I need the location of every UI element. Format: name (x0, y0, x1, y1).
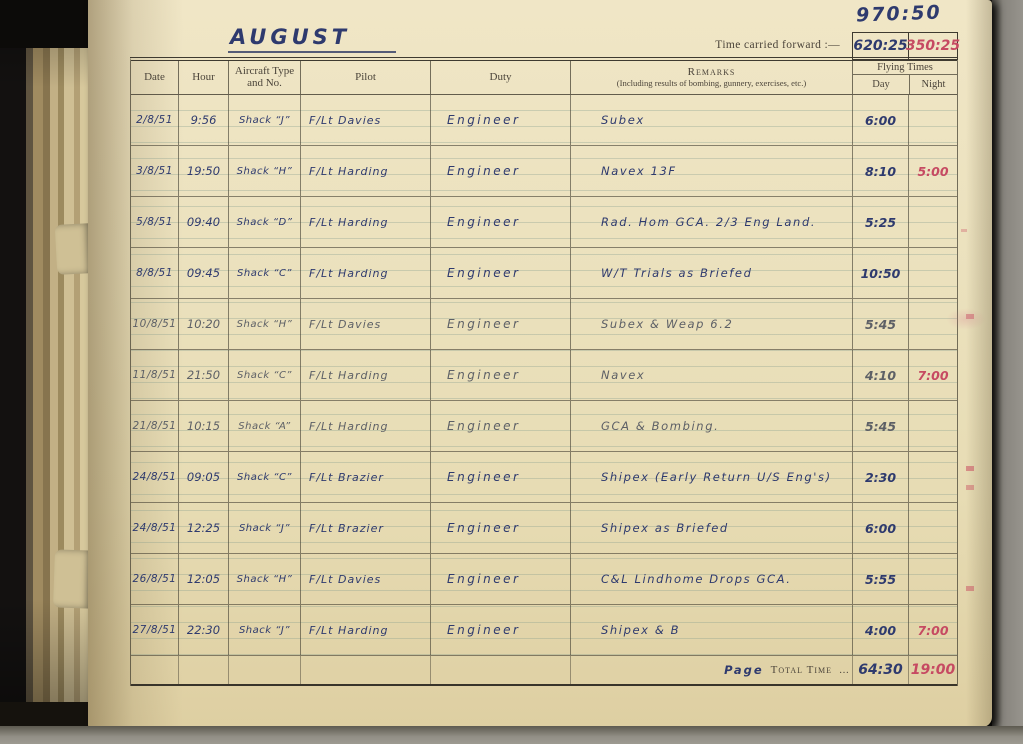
cell-remarks: Shipex (Early Return U/S Eng's) (571, 452, 853, 502)
cell-pilot: F/Lt Harding (301, 401, 431, 451)
total-label-cell: Page Total Time … (571, 656, 853, 684)
log-table: Date Hour Aircraft Type and No. Pilot Du… (130, 57, 958, 686)
total-spacer (431, 656, 571, 684)
total-time-label: Total Time (771, 664, 832, 676)
cell-date: 3/8/51 (131, 146, 179, 196)
cell-date: 26/8/51 (131, 554, 179, 604)
cell-hour: 12:25 (179, 503, 229, 553)
cell-aircraft: Shack “C” (229, 452, 301, 502)
cell-pilot: F/Lt Harding (301, 146, 431, 196)
log-row: 3/8/51 19:50 Shack “H” F/Lt Harding Engi… (131, 146, 957, 197)
cell-hour: 9:56 (179, 95, 229, 145)
cell-pilot: F/Lt Davies (301, 554, 431, 604)
cell-date: 8/8/51 (131, 248, 179, 298)
cell-remarks: Subex & Weap 6.2 (571, 299, 853, 349)
table-header-row: Date Hour Aircraft Type and No. Pilot Du… (131, 61, 957, 95)
total-spacer (301, 656, 431, 684)
header-remarks-subtitle: (Including results of bombing, gunnery, … (617, 79, 806, 88)
cell-day-time: 2:30 (853, 452, 909, 502)
cell-hour: 21:50 (179, 350, 229, 400)
cell-hour: 12:05 (179, 554, 229, 604)
scanned-logbook-photo: 970:50 Time carried forward :— 620:25 35… (0, 0, 1023, 744)
cell-day-time: 4:00 (853, 605, 909, 655)
cell-date: 27/8/51 (131, 605, 179, 655)
cell-pilot: F/Lt Harding (301, 248, 431, 298)
page-word-handwritten: Page (724, 663, 764, 677)
cell-duty: Engineer (431, 350, 571, 400)
cell-remarks: Subex (571, 95, 853, 145)
torn-page-tab (53, 549, 93, 608)
cell-night-time: 5:00 (909, 146, 957, 196)
cell-aircraft: Shack “H” (229, 554, 301, 604)
cell-duty: Engineer (431, 554, 571, 604)
cell-hour: 09:45 (179, 248, 229, 298)
header-remarks: Remarks (Including results of bombing, g… (571, 61, 853, 94)
cell-duty: Engineer (431, 503, 571, 553)
cell-pilot: F/Lt Harding (301, 197, 431, 247)
cell-pilot: F/Lt Brazier (301, 452, 431, 502)
cell-night-time (909, 503, 957, 553)
total-spacer (229, 656, 301, 684)
cell-date: 2/8/51 (131, 95, 179, 145)
header-night: Night (910, 75, 957, 94)
header-hour: Hour (179, 61, 229, 94)
carried-forward-day-value: 620:25 (853, 33, 909, 59)
cell-pilot: F/Lt Davies (301, 299, 431, 349)
log-row: 27/8/51 22:30 Shack “J” F/Lt Harding Eng… (131, 605, 957, 656)
carried-forward-box: 620:25 350:25 (852, 32, 958, 60)
cell-night-time: 7:00 (909, 605, 957, 655)
cell-remarks: GCA & Bombing. (571, 401, 853, 451)
cell-night-time (909, 401, 957, 451)
log-row: 5/8/51 09:40 Shack “D” F/Lt Harding Engi… (131, 197, 957, 248)
cell-aircraft: Shack “A” (229, 401, 301, 451)
header-aircraft: Aircraft Type and No. (229, 61, 301, 94)
cell-hour: 19:50 (179, 146, 229, 196)
ink-smudge (946, 308, 986, 330)
cell-night-time: 7:00 (909, 350, 957, 400)
cell-night-time (909, 95, 957, 145)
cell-date: 11/8/51 (131, 350, 179, 400)
cell-night-time (909, 554, 957, 604)
cell-aircraft: Shack “C” (229, 350, 301, 400)
cell-duty: Engineer (431, 248, 571, 298)
cell-hour: 22:30 (179, 605, 229, 655)
log-row: 11/8/51 21:50 Shack “C” F/Lt Harding Eng… (131, 350, 957, 401)
cell-night-time (909, 452, 957, 502)
cell-aircraft: Shack “J” (229, 605, 301, 655)
cell-pilot: F/Lt Harding (301, 605, 431, 655)
header-pilot: Pilot (301, 61, 431, 94)
grand-total-value: 970:50 (856, 2, 942, 27)
header-date: Date (131, 61, 179, 94)
cell-aircraft: Shack “C” (229, 248, 301, 298)
scanner-background-bottom (0, 726, 1023, 744)
month-title: AUGUST (230, 25, 350, 49)
cell-duty: Engineer (431, 452, 571, 502)
red-margin-marks (968, 0, 972, 1)
cell-remarks: Shipex & B (571, 605, 853, 655)
cell-pilot: F/Lt Brazier (301, 503, 431, 553)
log-row: 21/8/51 10:15 Shack “A” F/Lt Harding Eng… (131, 401, 957, 452)
month-underline (228, 51, 396, 53)
cell-date: 24/8/51 (131, 452, 179, 502)
cell-duty: Engineer (431, 197, 571, 247)
cell-duty: Engineer (431, 95, 571, 145)
total-day-value: 64:30 (853, 656, 909, 684)
cell-duty: Engineer (431, 605, 571, 655)
cell-day-time: 4:10 (853, 350, 909, 400)
cell-night-time (909, 248, 957, 298)
cell-duty: Engineer (431, 146, 571, 196)
cell-date: 10/8/51 (131, 299, 179, 349)
cell-day-time: 10:50 (853, 248, 909, 298)
cell-date: 5/8/51 (131, 197, 179, 247)
cell-duty: Engineer (431, 401, 571, 451)
cell-remarks: Navex 13F (571, 146, 853, 196)
log-row: 2/8/51 9:56 Shack “J” F/Lt Davies Engine… (131, 95, 957, 146)
cell-pilot: F/Lt Davies (301, 95, 431, 145)
cell-day-time: 5:45 (853, 401, 909, 451)
log-entries: 2/8/51 9:56 Shack “J” F/Lt Davies Engine… (131, 95, 957, 656)
carried-forward-label: Time carried forward :— (558, 39, 840, 51)
cell-hour: 10:20 (179, 299, 229, 349)
cell-aircraft: Shack “H” (229, 146, 301, 196)
cell-day-time: 6:00 (853, 95, 909, 145)
header-duty: Duty (431, 61, 571, 94)
leader-dots: … (839, 665, 849, 676)
header-day-night: Day Night (853, 75, 957, 94)
log-row: 10/8/51 10:20 Shack “H” F/Lt Davies Engi… (131, 299, 957, 350)
cell-remarks: W/T Trials as Briefed (571, 248, 853, 298)
scanner-background-right (992, 0, 1023, 744)
cell-day-time: 5:55 (853, 554, 909, 604)
log-row: 24/8/51 09:05 Shack “C” F/Lt Brazier Eng… (131, 452, 957, 503)
cell-aircraft: Shack “D” (229, 197, 301, 247)
cell-remarks: Rad. Hom GCA. 2/3 Eng Land. (571, 197, 853, 247)
cell-hour: 10:15 (179, 401, 229, 451)
carried-forward-night-value: 350:25 (909, 33, 957, 59)
total-spacer (179, 656, 229, 684)
total-night-value: 19:00 (909, 656, 957, 684)
cell-aircraft: Shack “J” (229, 503, 301, 553)
header-day: Day (853, 75, 910, 94)
cell-aircraft: Shack “J” (229, 95, 301, 145)
cell-pilot: F/Lt Harding (301, 350, 431, 400)
cell-day-time: 5:25 (853, 197, 909, 247)
header-flying-times-label: Flying Times (853, 61, 957, 75)
cell-remarks: Shipex as Briefed (571, 503, 853, 553)
cell-duty: Engineer (431, 299, 571, 349)
total-row: Page Total Time … 64:30 19:00 (131, 656, 957, 686)
log-row: 8/8/51 09:45 Shack “C” F/Lt Harding Engi… (131, 248, 957, 299)
cell-date: 21/8/51 (131, 401, 179, 451)
cell-night-time (909, 197, 957, 247)
log-row: 24/8/51 12:25 Shack “J” F/Lt Brazier Eng… (131, 503, 957, 554)
cell-day-time: 6:00 (853, 503, 909, 553)
header-flying-times: Flying Times Day Night (853, 61, 957, 94)
cell-hour: 09:40 (179, 197, 229, 247)
cell-day-time: 5:45 (853, 299, 909, 349)
cell-hour: 09:05 (179, 452, 229, 502)
log-row: 26/8/51 12:05 Shack “H” F/Lt Davies Engi… (131, 554, 957, 605)
cell-aircraft: Shack “H” (229, 299, 301, 349)
cell-date: 24/8/51 (131, 503, 179, 553)
total-spacer (131, 656, 179, 684)
cell-remarks: C&L Lindhome Drops GCA. (571, 554, 853, 604)
cell-day-time: 8:10 (853, 146, 909, 196)
logbook-page: 970:50 Time carried forward :— 620:25 35… (88, 0, 992, 727)
cell-remarks: Navex (571, 350, 853, 400)
